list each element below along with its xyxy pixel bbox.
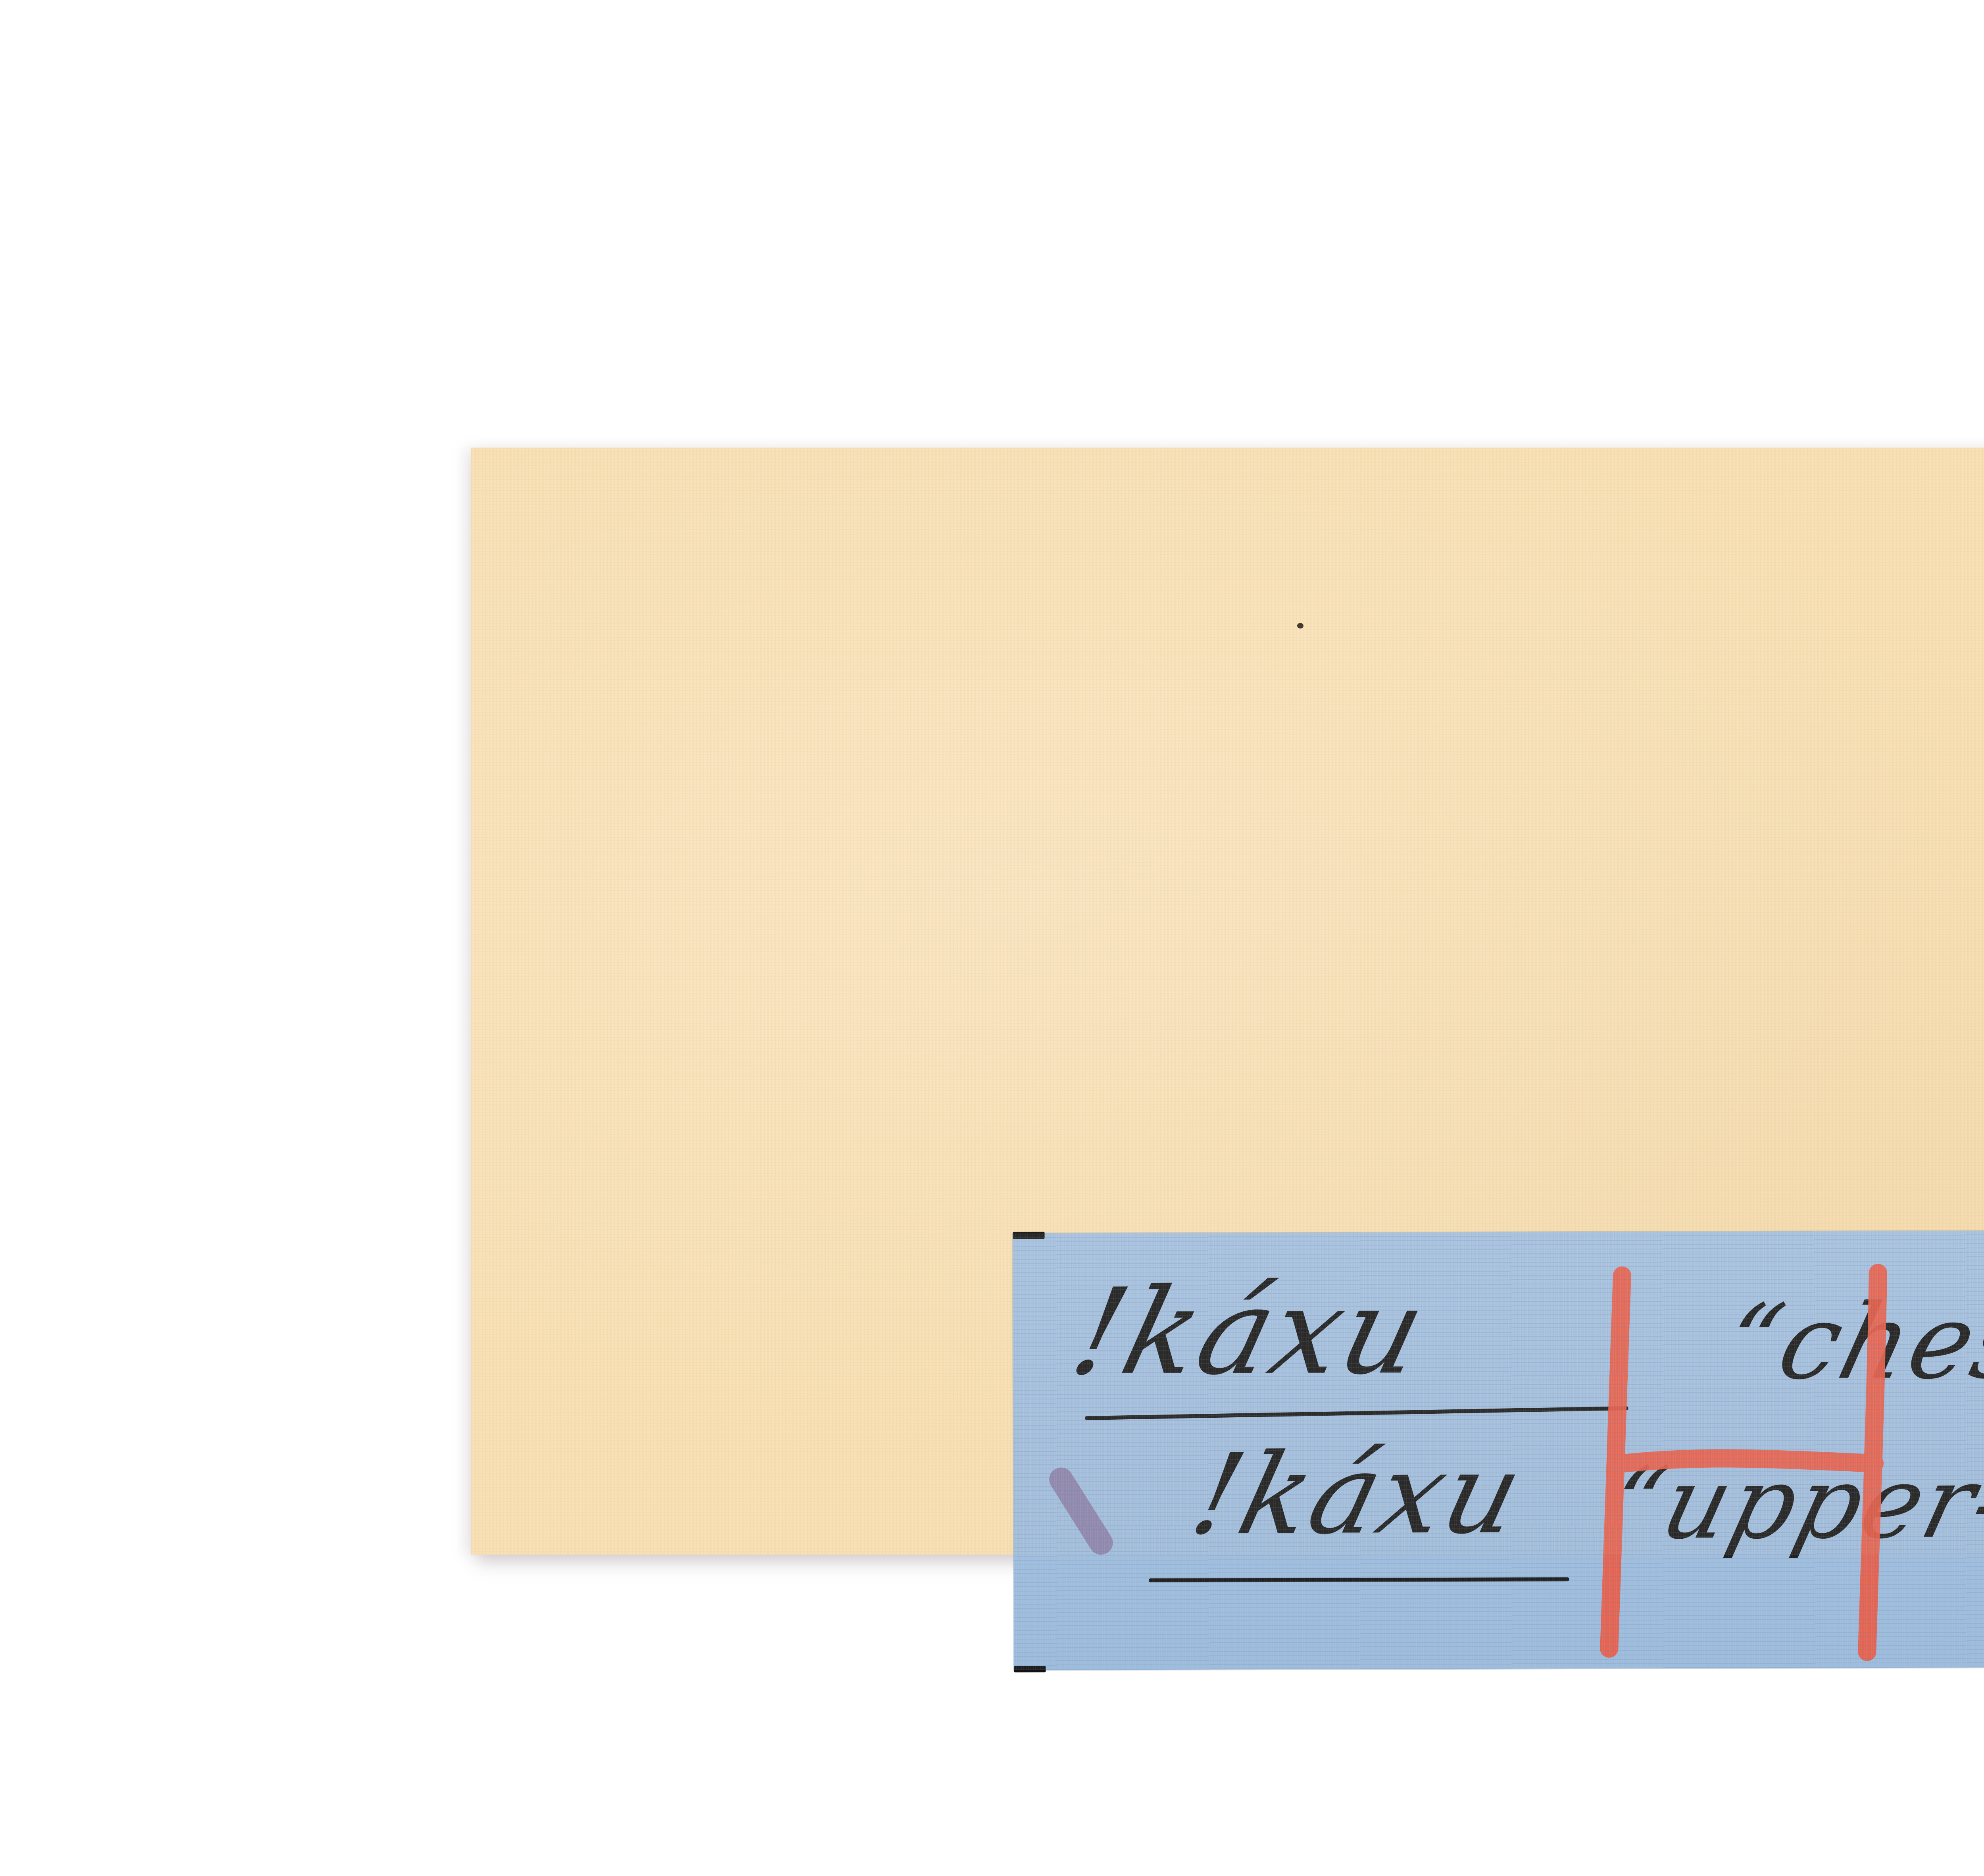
violet-pencil-mark-icon bbox=[1061, 1479, 1101, 1543]
red-crayon-bracket-icon bbox=[1608, 1273, 1879, 1653]
blue-note-slip: !káxu “chest” (in !kxã !káxu “upper-c… bbox=[1013, 1229, 1984, 1670]
ink-speck bbox=[1297, 623, 1303, 629]
crayon-marks bbox=[1013, 1229, 1984, 1670]
photo-background: !káxu “chest” (in !kxã !káxu “upper-c… bbox=[0, 0, 1984, 1876]
mounting-card: !káxu “chest” (in !kxã !káxu “upper-c… bbox=[471, 448, 1984, 1555]
